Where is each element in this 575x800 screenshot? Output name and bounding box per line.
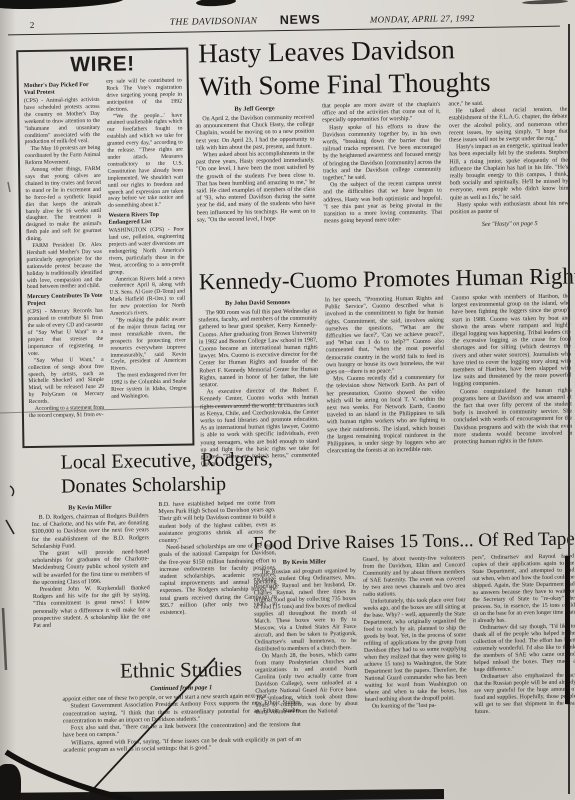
- cuomo-column-3: Cuomo spoke with members of Haribon, the…: [451, 294, 573, 532]
- hasty-column-1: By Jeff George On April 2, the Davidson …: [195, 104, 316, 269]
- hasty-column-2-text: that people are more aware of the chapla…: [322, 102, 443, 226]
- wire-brief-body: WASHINGTON (CPS) - Poor land use, pollut…: [109, 227, 187, 401]
- continued-from-note: Continued from page 1: [62, 683, 300, 694]
- cuomo-column-2: In her speech, "Promoting Human Rights a…: [325, 296, 447, 534]
- wire-column-right: ery sale will be contributed to Rock The…: [106, 78, 187, 442]
- hasty-headline-line2: With Some Final Thoughts: [199, 66, 491, 104]
- page-number: 2: [30, 20, 35, 30]
- food-drive-article-columns: By Kevin Miller The Russian aid program …: [253, 554, 575, 792]
- rodgers-headline-line2: Donates Scholarship: [61, 472, 226, 499]
- wire-columns: Mother's Day Picked For Veal Protest (CP…: [24, 78, 188, 443]
- food-drive-column-2-text: Guard, by about twenty-five volunteers f…: [363, 555, 468, 711]
- hasty-byline: By Jeff George: [195, 105, 314, 115]
- wire-brief-body: (CPS) - Animal-rights activists have sch…: [24, 97, 103, 292]
- scanned-print-area: 2 THE DAVIDSONIAN NEWS MONDAY, APRIL 27,…: [0, 0, 575, 800]
- hasty-jump-line: See "Hasty" on page 5: [450, 220, 569, 229]
- ethnic-studies-text: appoint either one of these two people, …: [62, 693, 301, 785]
- cuomo-column-1-text: The 900 room was full this past Wednesda…: [198, 309, 319, 469]
- hasty-column-3-text: ance," he said.He talked about racial te…: [448, 100, 568, 217]
- wire-brief-title: Western Rivers Top Endangered List: [108, 212, 184, 227]
- food-drive-headline: Food Drive Raises 15 Tons... Of Red Tape: [253, 528, 575, 557]
- cuomo-byline: By John David Semones: [198, 299, 317, 309]
- cuomo-headline: Kennedy-Cuomo Promotes Human Rights: [199, 262, 575, 296]
- food-drive-column-2: Guard, by about twenty-five volunteers f…: [363, 555, 469, 790]
- food-drive-column-3-text: pers", Ordinartsev and Raynol faxed copi…: [472, 554, 575, 717]
- cuomo-column-2-text: In her speech, "Promoting Human Rights a…: [325, 296, 446, 456]
- food-drive-column-3: pers", Ordinartsev and Raynol faxed copi…: [472, 554, 575, 789]
- wire-box-title: WIRE!: [23, 51, 181, 78]
- cuomo-article-columns: By John David Semones The 900 room was f…: [198, 294, 574, 536]
- hasty-column-1-text: On April 2, the Davidson community recei…: [195, 115, 315, 225]
- rodgers-byline: By Kevin Miller: [31, 503, 148, 513]
- wire-brief-title: Mother's Day Picked For Veal Protest: [24, 82, 100, 97]
- hasty-column-2: that people are more aware of the chapla…: [322, 102, 443, 267]
- rodgers-column-1-text: B. D. Rodgers, chairman of Rodgers Build…: [32, 513, 151, 630]
- hasty-article-columns: By Jeff George On April 2, the Davidson …: [195, 100, 570, 269]
- newspaper-page: 2 THE DAVIDSONIAN NEWS MONDAY, APRIL 27,…: [0, 0, 575, 800]
- cuomo-column-3-text: Cuomo spoke with members of Haribon, the…: [451, 294, 572, 447]
- wire-brief-title: Mercury Contributes To Vote Project: [27, 293, 103, 308]
- wire-column-left: Mother's Day Picked For Veal Protest (CP…: [24, 79, 105, 443]
- rodgers-article-columns: By Kevin Miller B. D. Rodgers, chairman …: [31, 500, 277, 660]
- hasty-column-3: ance," he said.He talked about racial te…: [448, 100, 569, 265]
- wire-brief-body: (CPS) - Mercury Records has promised to …: [27, 308, 104, 420]
- paper-title: THE DAVIDSONIAN: [170, 16, 258, 27]
- ethnic-studies-section: Ethnic Studies Continued from page 1 app…: [62, 656, 302, 785]
- section-label: NEWS: [280, 12, 321, 27]
- rodgers-column-1: By Kevin Miller B. D. Rodgers, chairman …: [31, 502, 150, 660]
- hasty-headline-line1: Hasty Leaves Davidson: [198, 33, 455, 70]
- wire-brief-continuation: ery sale will be contributed to Rock The…: [106, 78, 184, 210]
- issue-date: MONDAY, APRIL 27, 1992: [370, 13, 475, 25]
- rodgers-headline-line1: Local Executive, Rodgers,: [61, 447, 274, 474]
- ethnic-studies-headline: Ethnic Studies: [62, 656, 300, 685]
- wire-briefs-box: WIRE! Mother's Day Picked For Veal Prote…: [16, 48, 194, 449]
- food-drive-byline: By Kevin Miller: [253, 558, 355, 568]
